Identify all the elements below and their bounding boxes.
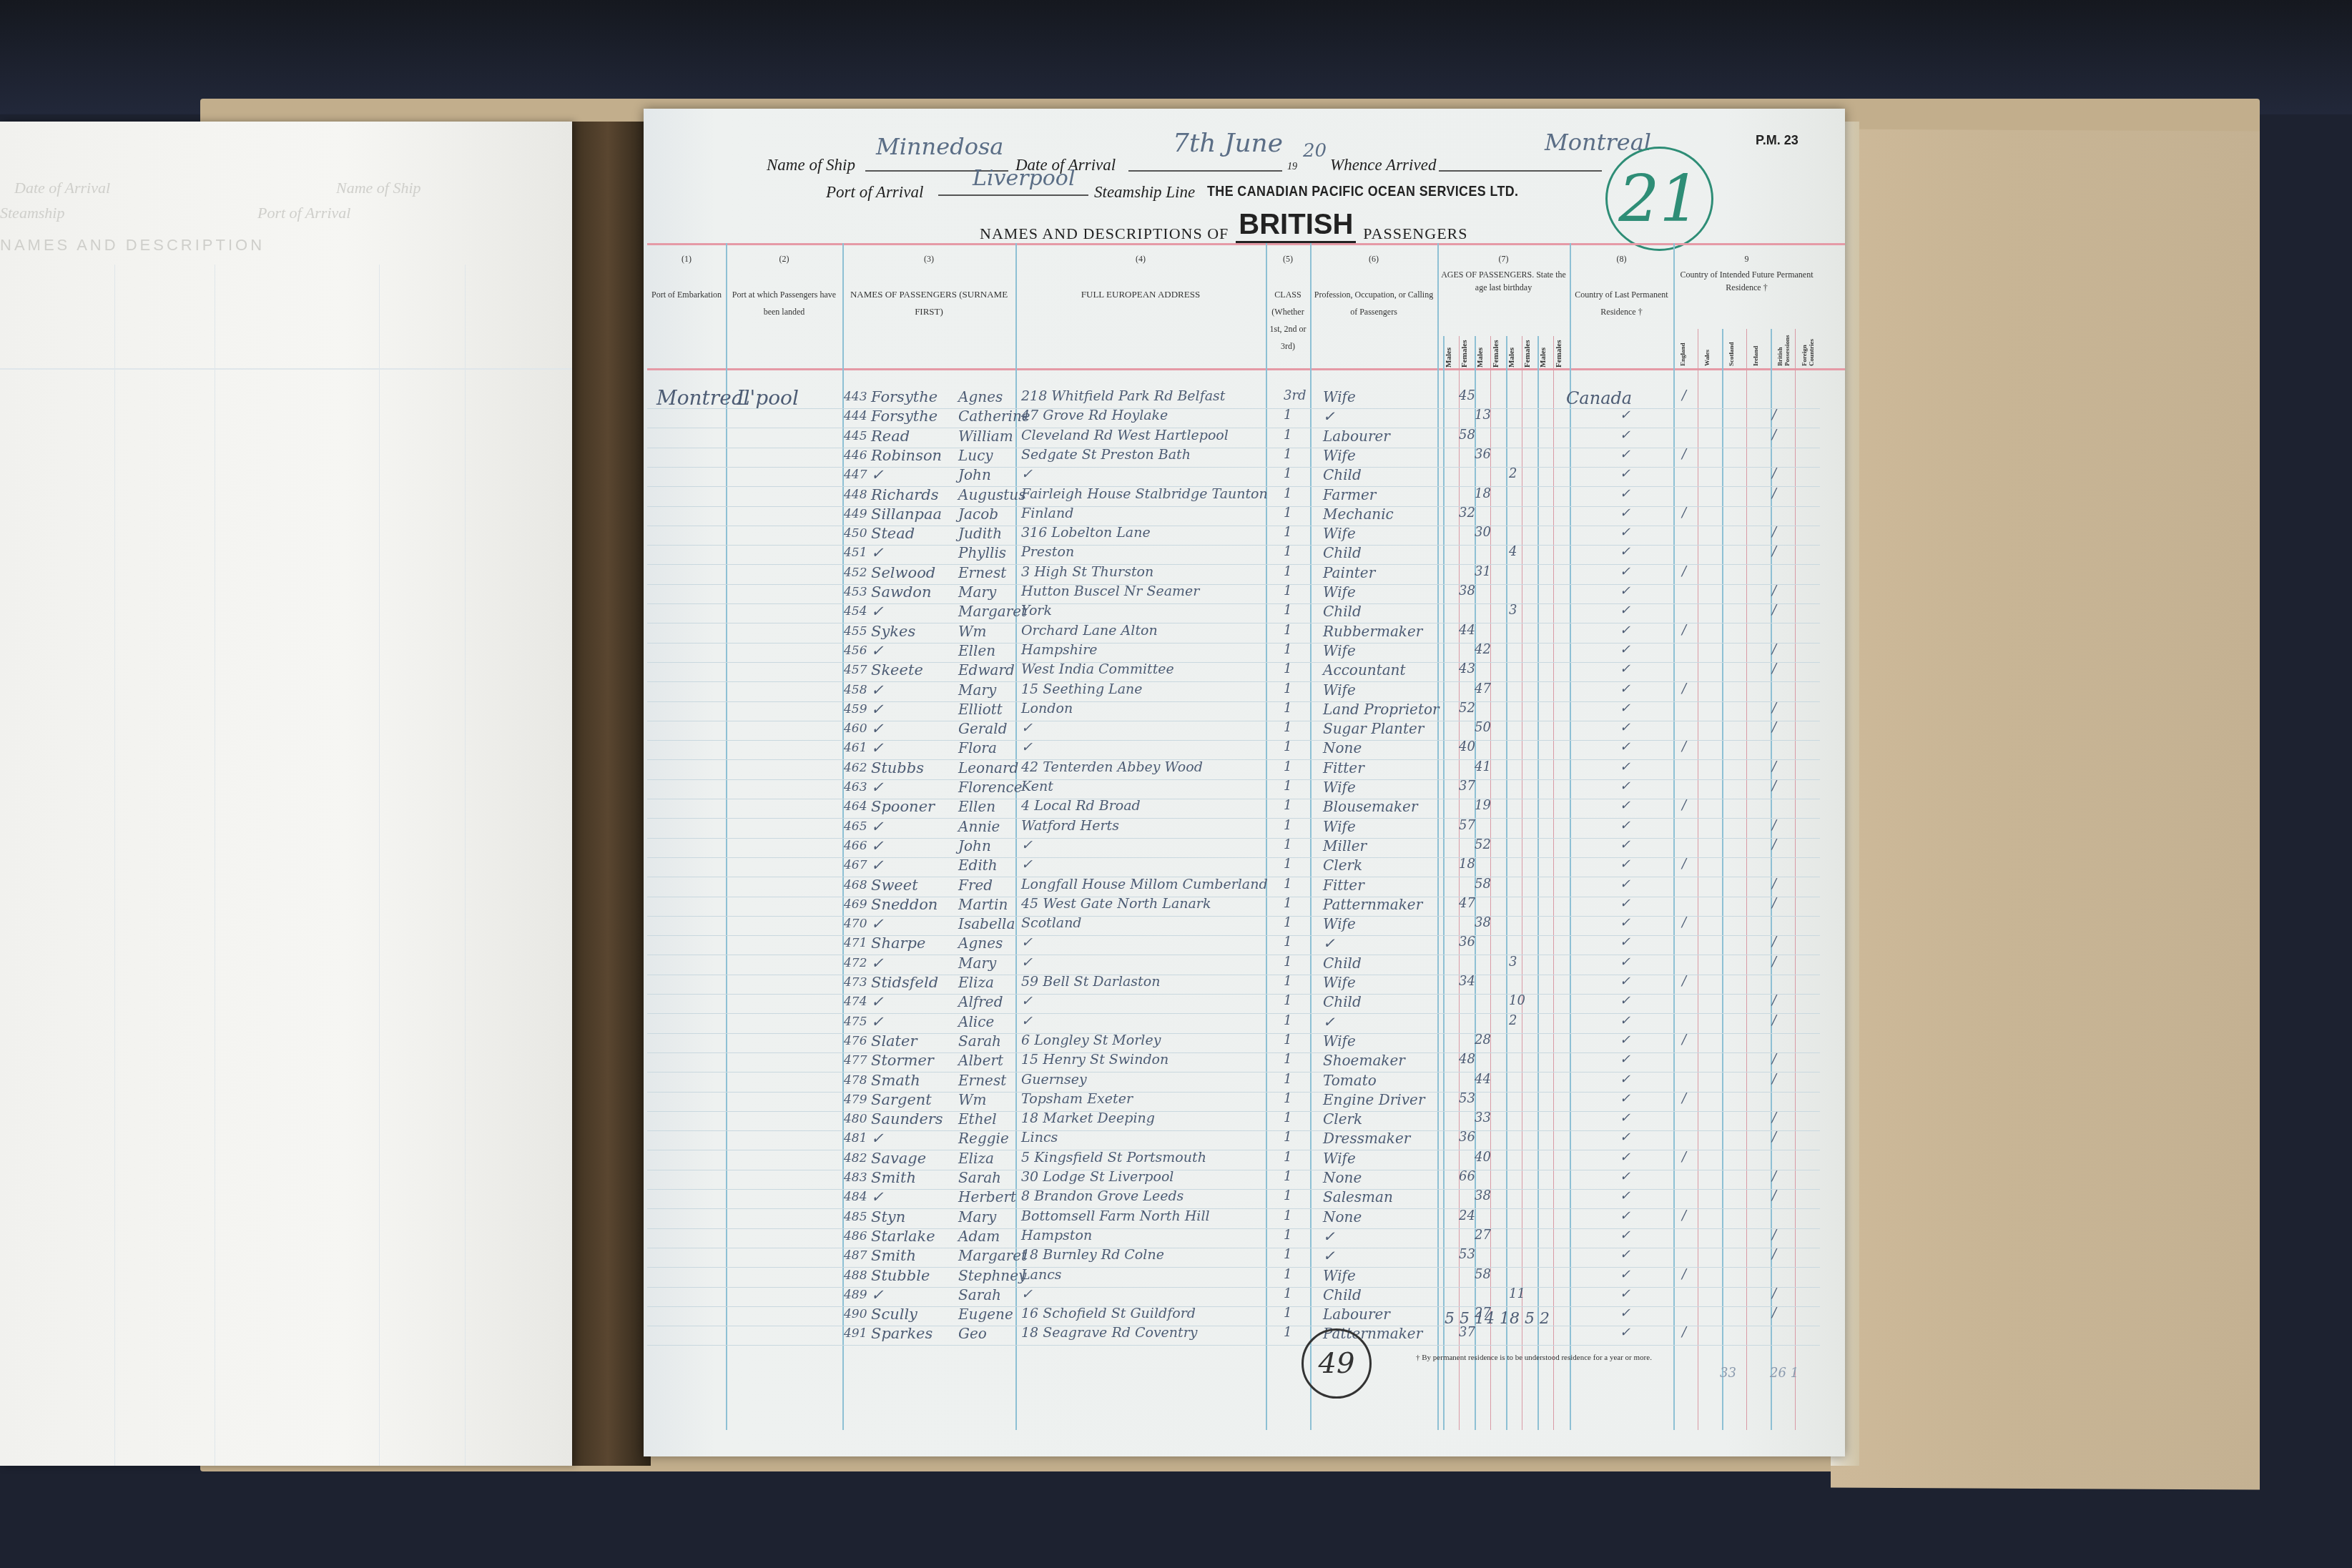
column-rule [1437,243,1439,1430]
passenger-surname: Slater [871,1032,917,1050]
steamship-line-label: Steamship Line [1094,183,1195,202]
country-last-residence: ✓ [1620,1072,1630,1087]
passenger-occupation: Wife [1323,779,1356,796]
country-last-residence: ✓ [1620,739,1630,754]
passenger-class: 1 [1284,583,1291,598]
passenger-surname: ✓ [871,1013,884,1030]
passenger-address: ✓ [1021,1013,1033,1029]
passenger-class: 1 [1284,798,1291,813]
row-number: 476 [844,1034,867,1048]
country-last-residence: ✓ [1620,1286,1630,1301]
passenger-address: 47 Grove Rd Hoylake [1021,408,1168,423]
country-last-residence: ✓ [1620,720,1630,735]
passenger-surname: Stead [871,525,915,542]
whence-arrived-label: Whence Arrived [1330,156,1436,174]
passenger-age: 32 [1459,506,1475,521]
port-landed: L'pool [737,386,799,410]
passenger-given-name: Stephney [958,1267,1026,1284]
passenger-surname: Scully [871,1306,917,1323]
age-subcolumn-rule [1459,336,1460,1430]
passenger-surname: ✓ [871,857,884,874]
passenger-given-name: John [958,837,991,854]
passenger-address: ✓ [1021,837,1033,853]
passenger-address: ✓ [1021,739,1033,755]
passenger-class: 1 [1284,877,1291,892]
passenger-address: 316 Lobelton Lane [1021,525,1151,541]
passenger-address: ✓ [1021,935,1033,950]
passenger-occupation: Wife [1323,525,1356,542]
passenger-surname: Stubbs [871,759,924,776]
passenger-age: 28 [1475,1032,1491,1047]
passenger-address: Orchard Lane Alton [1021,623,1158,638]
passenger-occupation: None [1323,1169,1362,1186]
intended-residence-mark: / [1772,993,1776,1008]
passenger-class: 1 [1284,739,1291,754]
passenger-class: 1 [1284,720,1291,735]
passenger-class: 1 [1284,1072,1291,1087]
row-number: 468 [844,878,867,892]
passenger-age: 3 [1509,955,1517,970]
row-number: 481 [844,1131,867,1145]
passenger-address: Preston [1021,544,1074,560]
passenger-given-name: Sarah [958,1032,1001,1050]
column-number: (6) [1310,254,1437,265]
age-sex-subheader: Females [1523,343,1532,368]
passenger-class: 1 [1284,1110,1291,1125]
passenger-occupation: Wife [1323,642,1356,659]
passenger-address: 8 Brandon Grove Leeds [1021,1188,1184,1204]
residence-subcolumn-rule [1746,329,1747,1430]
passenger-age: 37 [1459,779,1475,794]
passenger-surname: Forsythe [871,408,938,425]
passenger-surname: ✓ [871,1286,884,1303]
row-number: 463 [844,780,867,794]
country-last-residence: ✓ [1620,1130,1630,1145]
passenger-age: 27 [1475,1228,1491,1243]
row-number: 485 [844,1210,867,1224]
passenger-class: 1 [1284,428,1291,443]
ghost-label: Date of Arrival [14,179,110,197]
row-number: 474 [844,995,867,1009]
passenger-age: 47 [1475,681,1491,696]
country-last-residence: ✓ [1620,623,1630,638]
passenger-address: 59 Bell St Darlaston [1021,974,1160,990]
intended-residence-mark: / [1682,798,1686,813]
intended-residence-mark: / [1772,1013,1776,1028]
intended-residence-mark: / [1772,759,1776,774]
country-last-residence: ✓ [1620,1325,1630,1340]
country-last-residence: ✓ [1620,1032,1630,1047]
residence-subheader: Scotland [1728,330,1735,366]
intended-residence-mark: / [1682,564,1686,579]
passenger-given-name: Ellen [958,642,995,659]
country-last-residence: ✓ [1620,447,1630,462]
age-sex-subheader: Females [1492,343,1500,368]
passenger-occupation: Miller [1323,837,1367,854]
row-number: 478 [844,1073,867,1088]
intended-residence-mark: / [1772,1072,1776,1087]
intended-residence-mark: / [1682,506,1686,521]
bottom-total-b: 26 1 [1770,1366,1799,1381]
country-last-residence: ✓ [1620,818,1630,833]
row-number: 461 [844,741,867,755]
passenger-address: 45 West Gate North Lanark [1021,896,1211,912]
passenger-class: 1 [1284,779,1291,794]
passenger-occupation: Blousemaker [1323,798,1418,815]
passenger-occupation: Labourer [1323,428,1390,445]
passenger-given-name: Albert [958,1052,1003,1069]
intended-residence-mark: / [1682,447,1686,462]
age-sex-subheader: Females [1460,343,1469,368]
age-sex-subheader: Males [1539,343,1548,368]
age-sex-subheader: Males [1476,343,1485,368]
ghost-label: Name of Ship [336,179,421,197]
passenger-surname: Starlake [871,1228,935,1245]
passenger-class: 1 [1284,837,1291,852]
passenger-surname: Sharpe [871,935,925,952]
passenger-given-name: Margaret [958,603,1027,620]
intended-residence-mark: / [1772,486,1776,501]
passenger-class: 1 [1284,857,1291,872]
passenger-age: 33 [1475,1110,1491,1125]
country-last-residence: ✓ [1620,759,1630,774]
passenger-surname: ✓ [871,837,884,854]
intended-residence-mark: / [1682,739,1686,754]
intended-residence-mark: / [1772,877,1776,892]
passenger-surname: ✓ [871,701,884,718]
intended-residence-mark: / [1772,720,1776,735]
row-number: 482 [844,1151,867,1165]
intended-residence-mark: / [1772,935,1776,950]
passenger-age: 36 [1459,935,1475,950]
passenger-class: 1 [1284,466,1291,481]
column-number: (5) [1266,254,1310,265]
row-number: 455 [844,624,867,638]
passenger-given-name: Leonard [958,759,1018,776]
passenger-given-name: Eugene [958,1306,1013,1323]
passenger-class: 1 [1284,661,1291,676]
passenger-occupation: Fitter [1323,759,1364,776]
passenger-surname: ✓ [871,955,884,972]
country-last-residence: ✓ [1620,1306,1630,1321]
passenger-occupation: Shoemaker [1323,1052,1405,1069]
intended-residence-mark: / [1772,1247,1776,1262]
passenger-class: 1 [1284,1188,1291,1203]
passenger-age: 47 [1459,896,1475,911]
passenger-age: 38 [1475,1188,1491,1203]
row-number: 452 [844,566,867,580]
row-number: 464 [844,799,867,814]
passenger-occupation: Dressmaker [1323,1130,1410,1147]
passenger-class: 1 [1284,1228,1291,1243]
passenger-class: 1 [1284,564,1291,579]
passenger-given-name: Annie [958,818,1000,835]
passenger-occupation: Clerk [1323,857,1362,874]
passenger-given-name: William [958,428,1013,445]
country-last-residence: ✓ [1620,896,1630,911]
passenger-class: 1 [1284,447,1291,462]
passenger-occupation: ✓ [1323,1013,1335,1030]
country-last-residence: ✓ [1620,681,1630,696]
passenger-given-name: Alice [958,1013,994,1030]
passenger-class: 1 [1284,896,1291,911]
country-last-residence: ✓ [1620,506,1630,521]
intended-residence-mark: / [1772,1130,1776,1145]
passenger-occupation: Farmer [1323,486,1376,503]
title-prefix: NAMES AND DESCRIPTIONS OF [980,225,1229,243]
title-suffix: PASSENGERS [1363,225,1467,243]
steamship-line-value: THE CANADIAN PACIFIC OCEAN SERVICES LTD. [1207,183,1519,200]
passenger-surname: ✓ [871,993,884,1010]
passenger-address: 16 Schofield St Guildford [1021,1306,1196,1321]
passenger-occupation: Painter [1323,564,1375,581]
passenger-address: Hutton Buscel Nr Seamer [1021,583,1199,599]
row-number: 477 [844,1053,867,1067]
row-number: 448 [844,488,867,502]
passenger-address: Lancs [1021,1267,1062,1283]
passenger-age: 58 [1459,428,1475,443]
passenger-given-name: Jacob [958,506,998,523]
column-number: (8) [1570,254,1673,265]
page-title: NAMES AND DESCRIPTIONS OF BRITISH PASSEN… [980,209,1467,243]
country-last-residence: ✓ [1620,1091,1630,1106]
residence-subheader: Ireland [1752,330,1759,366]
row-number: 489 [844,1288,867,1302]
passenger-occupation: Child [1323,1286,1362,1303]
column-rule [726,243,727,1430]
bottom-total-a: 33 [1720,1366,1736,1381]
passenger-address: ✓ [1021,1286,1033,1302]
row-number: 450 [844,526,867,541]
country-last-residence: ✓ [1620,877,1630,892]
passenger-class: 1 [1284,408,1291,423]
passenger-address: ✓ [1021,993,1033,1009]
column-header: Country of Intended Future Permanent Res… [1673,268,1820,294]
passenger-address: 18 Seagrave Rd Coventry [1021,1325,1198,1341]
passenger-given-name: Ethel [958,1110,997,1128]
row-number: 486 [844,1229,867,1243]
passenger-given-name: Elliott [958,701,1003,718]
passenger-occupation: Fitter [1323,877,1364,894]
passenger-given-name: Sarah [958,1286,1001,1303]
country-last-residence: ✓ [1620,642,1630,657]
passenger-class: 1 [1284,623,1291,638]
column-header: Port of Embarkation [647,286,726,303]
passenger-occupation: Land Proprietor [1323,701,1440,718]
passenger-address: Guernsey [1021,1072,1087,1088]
footnote: † By permanent residence is to be unders… [1416,1353,1652,1362]
passenger-age: 36 [1459,1130,1475,1145]
country-last-residence: Canada [1566,388,1632,408]
passenger-given-name: Mary [958,955,996,972]
binding-gutter [565,122,651,1466]
passenger-class: 1 [1284,818,1291,833]
passenger-class: 1 [1284,681,1291,696]
passenger-age: 38 [1459,583,1475,598]
age-sex-subheader: Females [1555,343,1563,368]
intended-residence-mark: / [1772,544,1776,559]
passenger-surname: Sykes [871,623,915,640]
column-header: Port at which Passengers have been lande… [726,286,842,320]
passenger-surname: Styn [871,1208,905,1226]
passenger-surname: Richards [871,486,939,503]
country-last-residence: ✓ [1620,1228,1630,1243]
intended-residence-mark: / [1682,1091,1686,1106]
passenger-age: 52 [1459,701,1475,716]
country-last-residence: ✓ [1620,486,1630,501]
passenger-address: Hampston [1021,1228,1092,1243]
passenger-given-name: Eliza [958,1150,994,1167]
passenger-given-name: Reggie [958,1130,1009,1147]
country-last-residence: ✓ [1620,1013,1630,1028]
passenger-given-name: Adam [958,1228,1000,1245]
passenger-address: 4 Local Rd Broad [1021,798,1141,814]
passenger-occupation: None [1323,739,1362,756]
passenger-class: 1 [1284,759,1291,774]
column-header: FULL EUROPEAN ADDRESS [1015,286,1266,303]
passenger-address: Cleveland Rd West Hartlepool [1021,428,1229,443]
country-last-residence: ✓ [1620,1169,1630,1184]
passenger-address: 5 Kingsfield St Portsmouth [1021,1150,1206,1165]
row-number: 491 [844,1326,867,1341]
passenger-occupation: Child [1323,466,1362,483]
row-number: 457 [844,663,867,677]
passenger-address: West India Committee [1021,661,1174,677]
passenger-class: 1 [1284,1306,1291,1321]
intended-residence-mark: / [1772,837,1776,852]
column-rule [1310,243,1312,1430]
passenger-address: Fairleigh House Stalbridge Taunton [1021,486,1268,502]
passenger-given-name: John [958,466,991,483]
passenger-occupation: Wife [1323,388,1356,405]
form-code: P.M. 23 [1756,133,1799,148]
intended-residence-mark: / [1772,466,1776,481]
passenger-occupation: None [1323,1208,1362,1226]
intended-residence-mark: / [1772,525,1776,540]
passenger-occupation: ✓ [1323,1247,1335,1264]
passenger-age: 58 [1475,1267,1491,1282]
country-last-residence: ✓ [1620,408,1630,423]
ghost-label: Steamship [0,204,64,222]
intended-residence-mark: / [1772,642,1776,657]
age-column-totals: 5 5 14 18 5 2 [1445,1310,1550,1328]
passenger-address: ✓ [1021,955,1033,970]
passenger-given-name: Agnes [958,935,1003,952]
passenger-given-name: Wm [958,1091,987,1108]
row-number: 453 [844,585,867,599]
row-number: 460 [844,721,867,736]
intended-residence-mark: / [1772,701,1776,716]
passenger-given-name: Catherine [958,408,1030,425]
year-value: 20 [1303,140,1327,162]
row-number: 446 [844,448,867,463]
passenger-age: 41 [1475,759,1491,774]
intended-residence-mark: / [1682,1267,1686,1282]
row-number: 447 [844,468,867,482]
row-number: 449 [844,507,867,521]
row-number: 469 [844,897,867,912]
passenger-address: Hampshire [1021,642,1097,658]
intended-residence-mark: / [1772,896,1776,911]
row-number: 479 [844,1093,867,1107]
passenger-occupation: Child [1323,603,1362,620]
passenger-surname: Spooner [871,798,935,815]
passenger-occupation: ✓ [1323,408,1335,425]
passenger-address: Watford Herts [1021,818,1119,834]
intended-residence-mark: / [1772,1286,1776,1301]
intended-residence-mark: / [1682,1208,1686,1223]
country-last-residence: ✓ [1620,837,1630,852]
intended-residence-mark: / [1682,1032,1686,1047]
name-of-ship-label: Name of Ship [767,156,855,174]
column-number: (1) [647,254,726,265]
port-of-arrival-value: Liverpool [973,166,1075,191]
passenger-address: 15 Seething Lane [1021,681,1143,697]
passenger-given-name: Eliza [958,974,994,991]
passenger-age: 31 [1475,564,1491,579]
passenger-given-name: Ernest [958,564,1006,581]
row-number: 459 [844,702,867,716]
column-number: (3) [842,254,1015,265]
country-last-residence: ✓ [1620,798,1630,813]
port-of-arrival-label: Port of Arrival [826,183,923,202]
column-rule [1266,243,1267,1430]
intended-residence-mark: / [1772,779,1776,794]
intended-residence-mark: / [1772,408,1776,423]
port-of-embarkation: Montreal [656,386,749,410]
passenger-age: 48 [1459,1052,1475,1067]
country-last-residence: ✓ [1620,564,1630,579]
passenger-occupation: Wife [1323,818,1356,835]
row-number: 451 [844,546,867,560]
passenger-class: 1 [1284,1130,1291,1145]
residence-subcolumn-rule [1795,329,1796,1430]
row-number: 487 [844,1248,867,1263]
passenger-age: 38 [1475,915,1491,930]
envelope-flap [1831,129,2260,1489]
passenger-address: 18 Market Deeping [1021,1110,1155,1126]
passenger-address: 3 High St Thurston [1021,564,1153,580]
passenger-class: 3rd [1284,388,1307,403]
sheet-number-stamp: 21 [1605,147,1713,251]
passenger-address: ✓ [1021,466,1033,482]
ghost-label: NAMES AND DESCRIPTION [0,236,265,255]
passenger-occupation: Mechanic [1323,506,1394,523]
country-last-residence: ✓ [1620,779,1630,794]
intended-residence-mark: / [1772,1306,1776,1321]
row-number: 465 [844,819,867,834]
passenger-surname: ✓ [871,720,884,737]
passenger-given-name: Margaret [958,1247,1027,1264]
passenger-surname: ✓ [871,915,884,932]
passenger-address: Sedgate St Preston Bath [1021,447,1191,463]
row-number: 454 [844,604,867,618]
passenger-given-name: Sarah [958,1169,1001,1186]
intended-residence-mark: / [1772,661,1776,676]
row-number: 484 [844,1190,867,1204]
passenger-surname: Smith [871,1169,916,1186]
row-number: 471 [844,936,867,950]
passenger-class: 1 [1284,544,1291,559]
country-last-residence: ✓ [1620,974,1630,989]
intended-residence-mark: / [1682,623,1686,638]
page-count-stamp: 49 [1302,1328,1372,1399]
passenger-age: 58 [1475,877,1491,892]
country-last-residence: ✓ [1620,1267,1630,1282]
passenger-given-name: Mary [958,681,996,699]
passenger-given-name: Edith [958,857,998,874]
passenger-age: 44 [1475,1072,1491,1087]
